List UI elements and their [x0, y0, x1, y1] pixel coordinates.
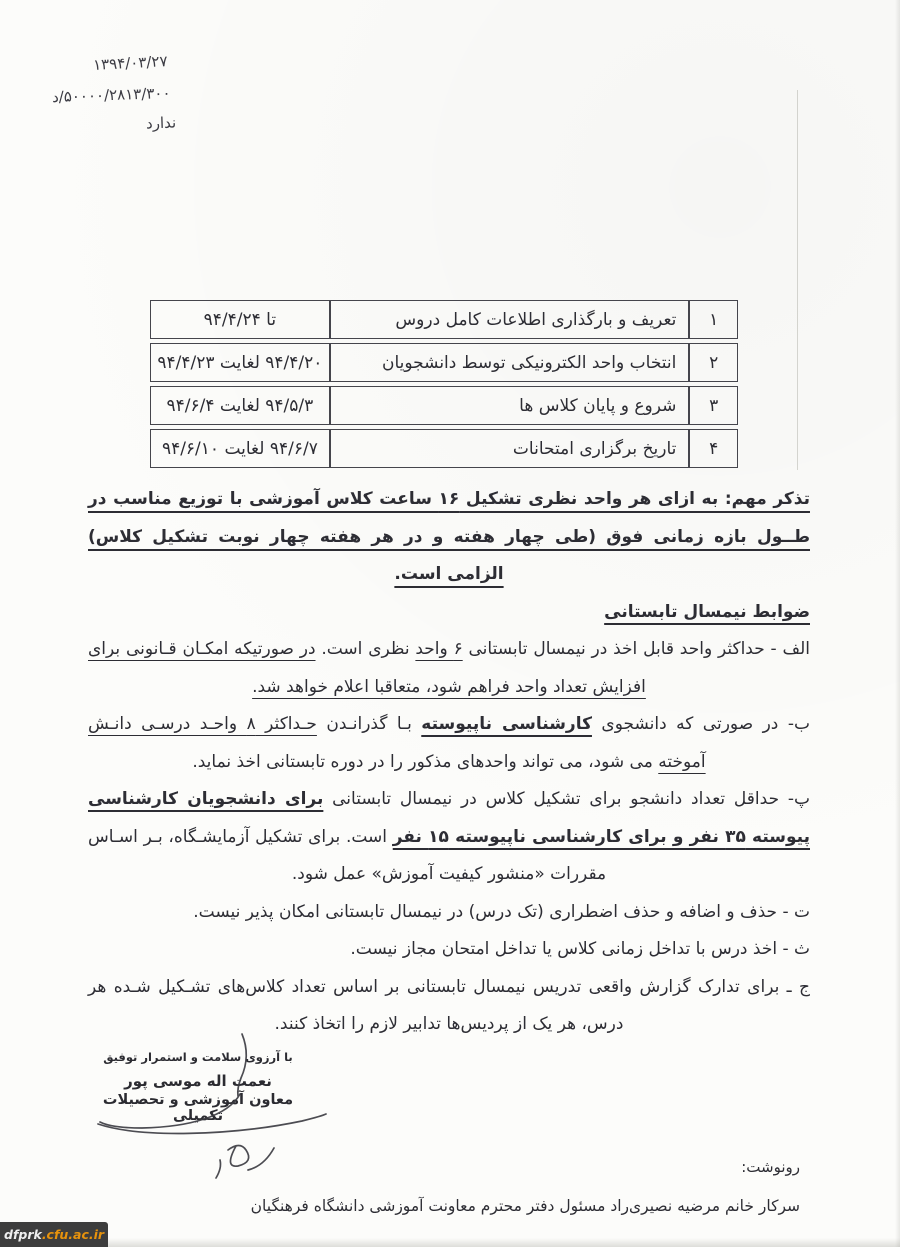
copy-to-recipient: سرکار خانم مرضیه نصیری‌راد مسئول دفتر مح… [251, 1197, 800, 1215]
copy-to-label: رونوشت: [741, 1158, 800, 1176]
row-description: تاریخ برگزاری امتحانات [330, 429, 690, 468]
rule-p-text: پ- حداقل تعداد دانشجو برای تشکیل کلاس در… [323, 789, 810, 809]
signatory-title: معاون آموزشی و تحصیلات تکمیلی [78, 1092, 318, 1124]
row-description: شروع و پایان کلاس ها [330, 386, 690, 425]
row-date-range: تا ۹۴/۴/۲۴ [150, 300, 330, 339]
letter-body: تذکر مهم: به ازای هر واحد نظری تشکیل ۱۶ … [88, 481, 810, 1044]
row-number: ۲ [689, 343, 738, 382]
table-row: ۲ انتخاب واحد الکترونیکی توسط دانشجویان … [150, 343, 738, 382]
table-row: ۱ تعریف و بارگذاری اطلاعات کامل دروس تا … [150, 300, 738, 339]
rule-a-underlined-units: ۶ واحد [415, 639, 462, 659]
row-date-range: ۹۴/۶/۷ لغایت ۹۴/۶/۱۰ [150, 429, 330, 468]
rule-item-t: ت - حذف و اضافه و حذف اضطراری (تک درس) د… [88, 894, 810, 932]
site-watermark: dfprk.cfu.ac.ir [0, 1222, 108, 1247]
rule-b-text: بـا گذرانـدن [317, 714, 421, 734]
rule-b-text: ب- در صورتی که دانشجوی [592, 714, 810, 734]
rule-a-text: الف - حداکثر واحد قابل اخذ در نیمسال تاب… [463, 639, 810, 659]
important-notice: تذکر مهم: به ازای هر واحد نظری تشکیل ۱۶ … [88, 481, 810, 594]
letter-date: ۱۳۹۴/۰۳/۲۷ [93, 52, 168, 74]
row-date-range: ۹۴/۵/۳ لغایت ۹۴/۶/۴ [150, 386, 330, 425]
rule-b-bold-degree: کارشناسی ناپیوسته [421, 714, 592, 734]
rule-item-a: الف - حداکثر واحد قابل اخذ در نیمسال تاب… [88, 631, 810, 706]
signature-block: با آرزوی سلامت و استمرار توفیق نعمت اله … [78, 1050, 318, 1124]
row-number: ۱ [689, 300, 738, 339]
summer-term-schedule-table: ۱ تعریف و بارگذاری اطلاعات کامل دروس تا … [150, 296, 738, 472]
table-row: ۳ شروع و پایان کلاس ها ۹۴/۵/۳ لغایت ۹۴/۶… [150, 386, 738, 425]
scan-edge-shadow-bottom [0, 1238, 900, 1247]
rule-item-b: ب- در صورتی که دانشجوی کارشناسی ناپیوسته… [88, 706, 810, 781]
rule-item-th: ث - اخذ درس با تداخل زمانی کلاس یا تداخل… [88, 931, 810, 969]
signature-wish: با آرزوی سلامت و استمرار توفیق [78, 1050, 318, 1064]
table-row: ۴ تاریخ برگزاری امتحانات ۹۴/۶/۷ لغایت ۹۴… [150, 429, 738, 468]
row-number: ۴ [689, 429, 738, 468]
rule-item-j: ج ـ برای تدارک گزارش واقعی تدریس نیمسال … [88, 969, 810, 1044]
rule-item-p: پ- حداقل تعداد دانشجو برای تشکیل کلاس در… [88, 781, 810, 894]
row-number: ۳ [689, 386, 738, 425]
scan-fold-line [797, 90, 798, 470]
letter-attachment: ندارد [146, 113, 177, 132]
scanned-letter-page: ۱۳۹۴/۰۳/۲۷ ۵۰۰۰۰/۲۸۱۳/۳۰۰/د ندارد ۱ تعری… [0, 0, 900, 1247]
watermark-site-name: dfprk [4, 1227, 42, 1242]
rule-a-text: نظری است. [316, 639, 416, 659]
watermark-site-domain: .cfu.ac.ir [42, 1227, 104, 1242]
rules-heading: ضوابط نیمسال تابستانی [88, 594, 810, 632]
letter-number: ۵۰۰۰۰/۲۸۱۳/۳۰۰/د [52, 84, 171, 106]
rule-b-text: می شود، می تواند واحدهای مذکور را در دور… [192, 752, 658, 772]
row-date-range: ۹۴/۴/۲۰ لغایت ۹۴/۴/۲۳ [150, 343, 330, 382]
scan-edge-shadow-right [895, 0, 900, 1247]
signatory-name: نعمت اله موسی پور [78, 1072, 318, 1090]
row-description: انتخاب واحد الکترونیکی توسط دانشجویان [330, 343, 690, 382]
row-description: تعریف و بارگذاری اطلاعات کامل دروس [330, 300, 690, 339]
